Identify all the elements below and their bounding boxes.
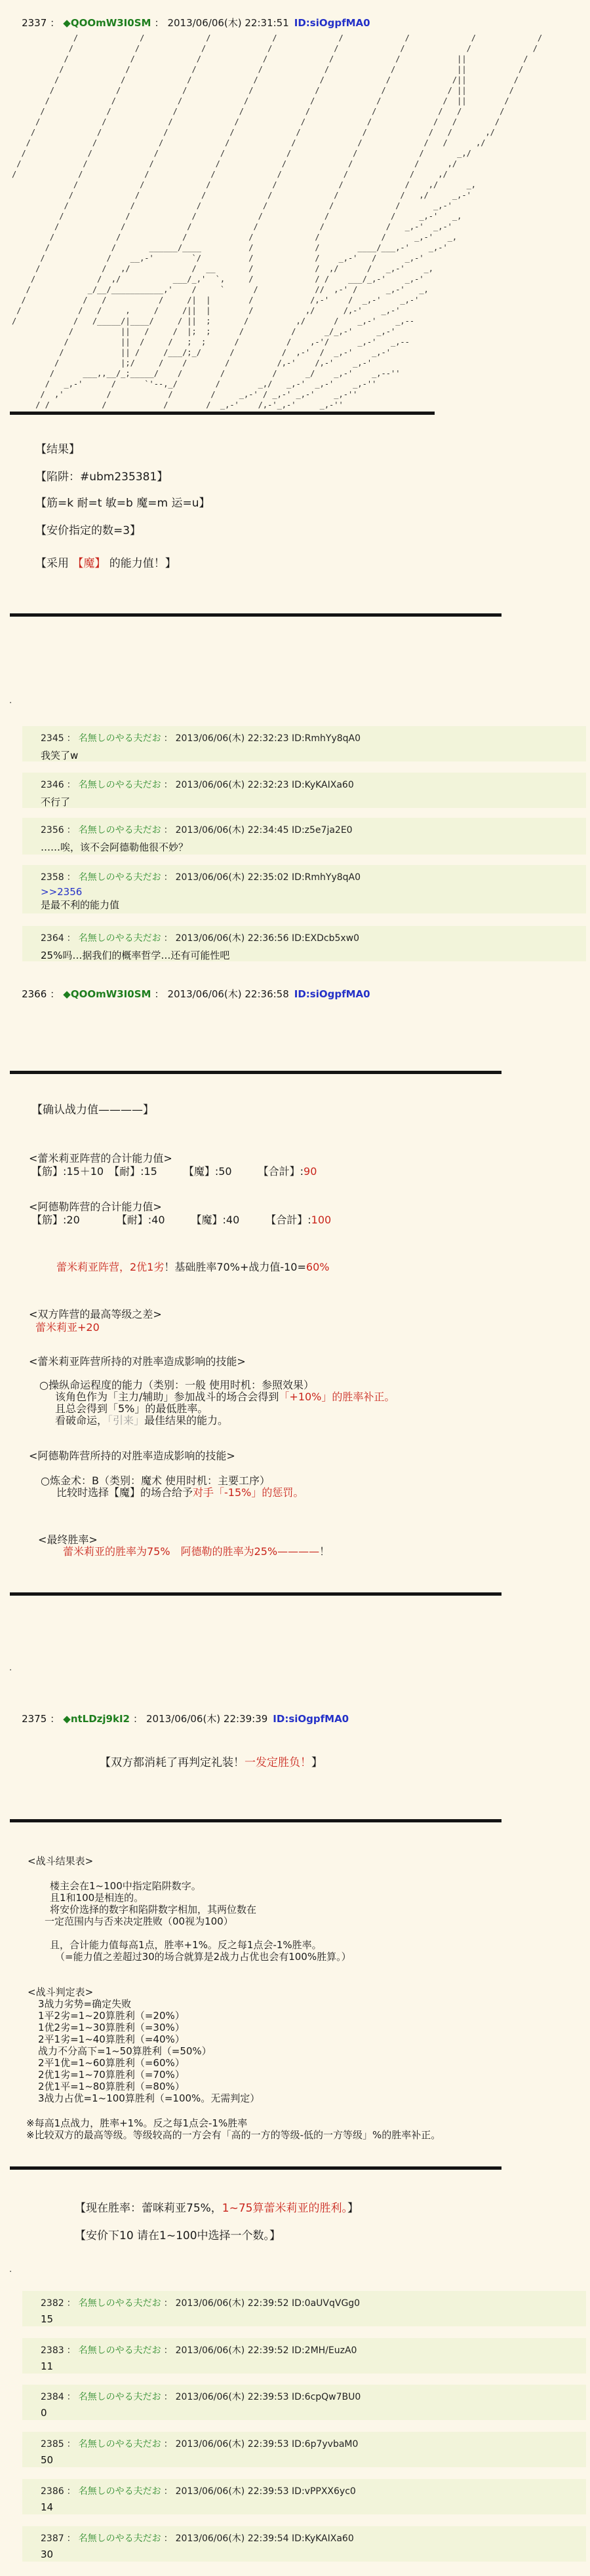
poster-id: ID:6cpQw7BU0 xyxy=(292,2392,361,2402)
anka-pick-value: 15 xyxy=(41,2313,586,2325)
adopt-line: 【采用 【魔】 的能力值！】 xyxy=(35,557,176,570)
magic-stat-highlight: 【魔】 xyxy=(72,557,106,570)
battle-result-table-head: <战斗结果表> xyxy=(28,1855,93,1868)
post-number: 2356 xyxy=(41,825,64,836)
judge-row-7: 2优1劣=1~70算胜利（=70%） xyxy=(38,2068,185,2081)
post-date: 2013/06/06(木) 22:39:53 xyxy=(176,2439,289,2450)
post-date: 2013/06/06(木) 22:34:45 xyxy=(176,825,289,836)
divider xyxy=(10,613,501,617)
poster-id: ID:KyKAIXa60 xyxy=(292,2533,354,2544)
poster-name: 名無しのやる夫だお xyxy=(79,733,161,744)
post-number: 2387 xyxy=(41,2533,64,2544)
skill2-effect-1: 比较时选择【魔】的场合给予对手「-15%」的惩罚。 xyxy=(56,1486,304,1499)
poster-id: ID:6p7yvbaM0 xyxy=(292,2439,358,2450)
post-number: 2337 xyxy=(22,17,47,29)
divider xyxy=(10,412,435,415)
anka-pick-value-winning: 50 xyxy=(41,2454,586,2466)
divider xyxy=(10,2166,501,2170)
post-date: 2013/06/06(木) 22:36:58 xyxy=(167,988,288,1000)
reply-body: 我笑了w xyxy=(41,748,586,762)
rule-line-6: （=能力值之差超过30的场合就算是2战力占优也会有100%胜算。） xyxy=(55,1950,351,1963)
judge-row-2: 1平2劣=1~20算胜利（=20%） xyxy=(38,2009,185,2022)
poster-id: ID:siOgpfMA0 xyxy=(294,17,370,29)
poster-id: ID:siOgpfMA0 xyxy=(273,1713,349,1725)
adler-skill-head: <阿德勒阵营所持的对胜率造成影响的技能> xyxy=(29,1450,235,1463)
reply-post: 2387：名無しのやる夫だお：2013/06/06(木) 22:39:54 ID… xyxy=(22,2526,586,2562)
remilia-skill-head: <蕾米莉亚阵营所持的对胜率造成影响的技能> xyxy=(29,1355,246,1368)
result-label: 【结果】 xyxy=(35,443,80,456)
poster-name: 名無しのやる夫だお xyxy=(79,2392,161,2402)
note-line-2: ※比较双方的最高等级。等级较高的一方会有「高的一方的等级-低的一方等级」%的胜率… xyxy=(26,2128,441,2142)
divider xyxy=(10,1592,501,1596)
final-rate-line: 蕾米莉亚的胜率为75% 阿德勒的胜率为25%————！ xyxy=(63,1545,330,1558)
post-date: 2013/06/06(木) 22:39:53 xyxy=(176,2486,289,2497)
post-number: 2364 xyxy=(41,933,64,944)
base-rate-line: 蕾米莉亚阵营，2优1劣！基础胜率70%+战力值-10=60% xyxy=(56,1261,329,1274)
skill2-title: ○炼金术：B（类别：魔术 使用时机：主要工序） xyxy=(41,1474,270,1488)
poster-name: 名無しのやる夫だお xyxy=(79,933,161,944)
post-header: 2375：◆ntLDzj9kI2：2013/06/06(木) 22:39:39I… xyxy=(9,1700,349,1737)
post-date: 2013/06/06(木) 22:39:53 xyxy=(176,2392,289,2402)
reply-post: 2383：名無しのやる夫だお：2013/06/06(木) 22:39:52 ID… xyxy=(22,2338,586,2374)
anka-number-line: 【安价指定的数=3】 xyxy=(35,524,141,537)
post-date: 2013/06/06(木) 22:39:39 xyxy=(146,1713,267,1725)
rule-line-5: 且，合计能力值每高1点，胜率+1%。反之每1点会-1%胜率。 xyxy=(50,1938,322,1951)
separator: ： xyxy=(50,17,60,29)
ascii-art: / / / / / / / / / / / / / / / xyxy=(12,33,583,413)
reply-post: 2356：名無しのやる夫だお：2013/06/06(木) 22:34:45 ID… xyxy=(22,818,586,855)
post-date: 2013/06/06(木) 22:36:56 xyxy=(176,933,289,944)
poster-name: ◆QOOmW3I0SM xyxy=(63,17,151,29)
stat-key-line: 【筋=k 耐=t 敏=b 魔=m 运=u】 xyxy=(35,497,210,510)
current-rate-line: 【现在胜率：蕾咪莉亚75%，1~75算蕾米莉亚的胜利。】 xyxy=(75,2202,359,2215)
poster-name: ◆ntLDzj9kI2 xyxy=(63,1713,130,1725)
judge-row-5: 战力不分高下=1~50算胜利（=50%） xyxy=(38,2045,212,2058)
separator: ： xyxy=(154,17,164,29)
battle-judge-table-head: <战斗判定表> xyxy=(28,1986,93,1999)
poster-name: 名無しのやる夫だお xyxy=(79,2298,161,2309)
level-diff-head: <双方阵营的最高等级之差> xyxy=(29,1308,162,1321)
rule-line-1: 楼主会在1~100中指定陷阱数字。 xyxy=(50,1879,201,1893)
poster-name: 名無しのやる夫だお xyxy=(79,2345,161,2356)
post-date: 2013/06/06(木) 22:31:51 xyxy=(167,17,288,29)
skill1-effect-1: 该角色作为「主力/辅助」参加战斗的场合会得到「+10%」的胜率补正。 xyxy=(55,1391,395,1404)
reply-post: 2385：名無しのやる夫だお：2013/06/06(木) 22:39:53 ID… xyxy=(22,2432,586,2467)
adler-stats-line: 【筋】:20 【耐】:40 【魔】:40 【合計】:100 xyxy=(31,1214,331,1227)
skill1-effect-2: 且总会得到「5%」的最低胜率。 xyxy=(55,1402,208,1415)
adler-total: 100 xyxy=(311,1214,332,1226)
dot-post: . xyxy=(9,2265,12,2275)
poster-id: ID:2MH/EuzA0 xyxy=(292,2345,357,2356)
post-number: 2382 xyxy=(41,2298,64,2309)
post-number: 2358 xyxy=(41,872,64,883)
post-number: 2375 xyxy=(22,1713,47,1725)
post-date: 2013/06/06(木) 22:39:52 xyxy=(176,2298,289,2309)
judge-row-3: 1优2劣=1~30算胜利（=30%） xyxy=(38,2021,185,2034)
poster-name: ◆QOOmW3I0SM xyxy=(63,988,151,1000)
post-number: 2385 xyxy=(41,2439,64,2450)
anka-request-line: 【安价下10 请在1~100中选择一个数。】 xyxy=(75,2229,281,2242)
poster-name: 名無しのやる夫だお xyxy=(79,872,161,883)
reply-post: 2382：名無しのやる夫だお：2013/06/06(木) 22:39:52 ID… xyxy=(22,2291,586,2326)
reply-body: 不行了 xyxy=(41,795,586,809)
reply-post: 2364：名無しのやる夫だお：2013/06/06(木) 22:36:56 ID… xyxy=(22,926,586,961)
post-date: 2013/06/06(木) 22:39:54 xyxy=(176,2533,289,2544)
reply-post: 2386：名無しのやる夫だお：2013/06/06(木) 22:39:53 ID… xyxy=(22,2479,586,2514)
post-number: 2346 xyxy=(41,780,64,790)
reply-anchor-link[interactable]: >>2356 xyxy=(41,886,82,898)
judge-row-6: 2平1优=1~60算胜利（=60%） xyxy=(38,2056,185,2069)
judge-row-8: 2优1平=1~80算胜利（=80%） xyxy=(38,2080,185,2093)
poster-name: 名無しのやる夫だお xyxy=(79,2486,161,2497)
anka-pick-value: 0 xyxy=(41,2407,586,2419)
confirm-power-line: 【确认战力值————】 xyxy=(31,1104,154,1117)
regalia-judge-line: 【双方都消耗了再判定礼装！一发定胜负！】 xyxy=(100,1756,323,1769)
note-line-1: ※每高1点战力，胜率+1%。反之每1点会-1%胜率 xyxy=(26,2117,247,2130)
dot-post: . xyxy=(9,696,12,706)
rule-line-2: 且1和100是相连的。 xyxy=(50,1891,144,1904)
post-date: 2013/06/06(木) 22:32:23 xyxy=(176,733,289,744)
thread-page: 2337：◆QOOmW3I0SM：2013/06/06(木) 22:31:51I… xyxy=(0,0,590,2576)
poster-id: ID:z5e7ja2E0 xyxy=(292,825,353,836)
reply-post: 2358：名無しのやる夫だお：2013/06/06(木) 22:35:02 ID… xyxy=(22,865,586,913)
poster-id: ID:EXDcb5xw0 xyxy=(292,933,359,944)
reply-body: 25%吗…据我们的概率哲学…还有可能性吧 xyxy=(41,948,586,962)
poster-name: 名無しのやる夫だお xyxy=(79,825,161,836)
remilia-stats-head: <蕾米莉亚阵营的合计能力值> xyxy=(29,1152,172,1165)
reply-post: 2345：名無しのやる夫だお：2013/06/06(木) 22:32:23 ID… xyxy=(22,726,586,761)
poster-id: ID:RmhYy8qA0 xyxy=(292,872,361,883)
adler-stats-head: <阿德勒阵营的合计能力值> xyxy=(29,1201,162,1214)
poster-id: ID:KyKAIXa60 xyxy=(292,780,354,790)
post-header: 2366：◆QOOmW3I0SM：2013/06/06(木) 22:36:58I… xyxy=(9,975,370,1012)
remilia-total: 90 xyxy=(304,1165,317,1178)
remilia-stats-line: 【筋】:15＋10 【耐】:15 【魔】:50 【合計】:90 xyxy=(31,1165,317,1178)
dot-post: . xyxy=(9,1663,12,1673)
skill1-title: ○操纵命运程度的能力（类别：一般 使用时机：参照效果） xyxy=(39,1379,314,1392)
reply-post: 2346：名無しのやる夫だお：2013/06/06(木) 22:32:23 ID… xyxy=(22,773,586,808)
poster-name: 名無しのやる夫だお xyxy=(79,780,161,790)
judge-row-9: 3战力占优=1~100算胜利（=100%。无需判定） xyxy=(38,2092,260,2105)
post-number: 2366 xyxy=(22,988,47,1000)
reply-post: 2384：名無しのやる夫だお：2013/06/06(木) 22:39:53 ID… xyxy=(22,2385,586,2420)
poster-id: ID:0aUVqVGg0 xyxy=(292,2298,360,2309)
post-date: 2013/06/06(木) 22:39:52 xyxy=(176,2345,289,2356)
post-number: 2384 xyxy=(41,2392,64,2402)
anka-pick-value: 11 xyxy=(41,2360,586,2372)
skill1-effect-3: 看破命运，「引来」最佳结果的能力。 xyxy=(55,1414,228,1427)
poster-id: ID:RmhYy8qA0 xyxy=(292,733,361,744)
reply-body: 是最不利的能力值 xyxy=(41,899,119,911)
post-number: 2345 xyxy=(41,733,64,744)
anka-pick-value: 30 xyxy=(41,2548,586,2560)
post-date: 2013/06/06(木) 22:35:02 xyxy=(176,872,289,883)
level-diff-value: 蕾米莉亚+20 xyxy=(35,1321,100,1334)
post-number: 2386 xyxy=(41,2486,64,2497)
anka-pick-value: 14 xyxy=(41,2501,586,2513)
poster-name: 名無しのやる夫だお xyxy=(79,2533,161,2544)
rule-line-4: 一定范围内与否来决定胜败（00视为100） xyxy=(45,1915,233,1928)
poster-id: ID:vPPXX6yc0 xyxy=(292,2486,356,2497)
post-number: 2383 xyxy=(41,2345,64,2356)
post-date: 2013/06/06(木) 22:32:23 xyxy=(176,780,289,790)
divider xyxy=(10,1819,501,1822)
judge-row-1: 3战力劣势=确定失败 xyxy=(38,1997,131,2010)
judge-row-4: 2平1劣=1~40算胜利（=40%） xyxy=(38,2033,185,2046)
rule-line-3: 将安价选择的数字和陷阱数字相加，其两位数在 xyxy=(50,1903,256,1916)
trap-line: 【陷阱：#ubm235381】 xyxy=(35,471,168,484)
poster-id: ID:siOgpfMA0 xyxy=(294,988,370,1000)
poster-name: 名無しのやる夫だお xyxy=(79,2439,161,2450)
reply-body: ……唉，该不会阿德勒他很不妙？ xyxy=(41,840,586,854)
final-rate-head: <最终胜率> xyxy=(38,1533,98,1547)
divider xyxy=(10,1071,501,1074)
